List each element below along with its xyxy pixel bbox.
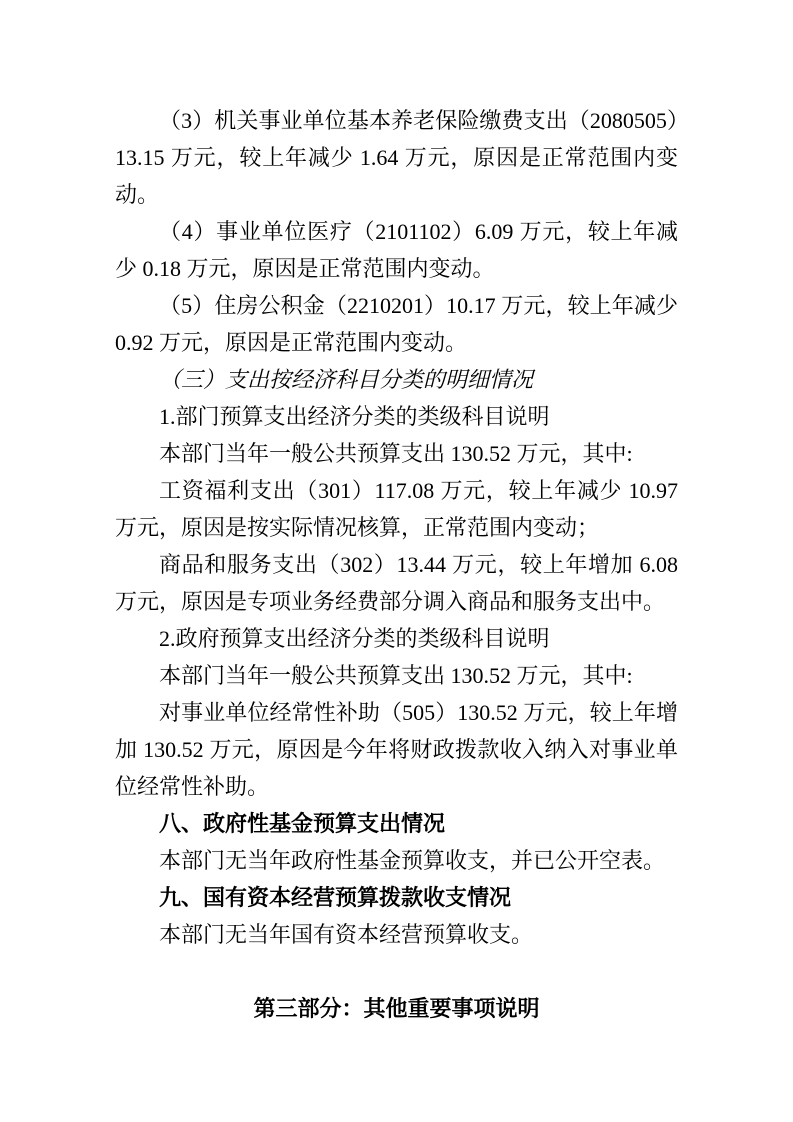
heading-state-capital-budget: 九、国有资本经营预算拨款收支情况 bbox=[115, 879, 678, 916]
paragraph-state-capital-note: 本部门无当年国有资本经营预算收支。 bbox=[115, 916, 678, 953]
title-part-three: 第三部分：其他重要事项说明 bbox=[115, 990, 678, 1027]
paragraph-general-budget-total-1: 本部门当年一般公共预算支出 130.52 万元，其中: bbox=[115, 435, 678, 472]
paragraph-salary-welfare-expense: 工资福利支出（301）117.08 万元，较上年减少 10.97 万元，原因是按… bbox=[115, 472, 678, 546]
heading-gov-budget-category-note: 2.政府预算支出经济分类的类级科目说明 bbox=[115, 620, 678, 657]
paragraph-general-budget-total-2: 本部门当年一般公共预算支出 130.52 万元，其中: bbox=[115, 657, 678, 694]
paragraph-pension-contribution: （3）机关事业单位基本养老保险缴费支出（2080505）13.15 万元，较上年… bbox=[115, 102, 678, 213]
document-content: （3）机关事业单位基本养老保险缴费支出（2080505）13.15 万元，较上年… bbox=[0, 0, 793, 1027]
paragraph-medical-insurance: （4）事业单位医疗（2101102）6.09 万元，较上年减少 0.18 万元，… bbox=[115, 213, 678, 287]
paragraph-institution-subsidy: 对事业单位经常性补助（505）130.52 万元，较上年增加 130.52 万元… bbox=[115, 694, 678, 805]
paragraph-gov-fund-note: 本部门无当年政府性基金预算收支，并已公开空表。 bbox=[115, 842, 678, 879]
paragraph-housing-fund: （5）住房公积金（2210201）10.17 万元，较上年减少 0.92 万元，… bbox=[115, 287, 678, 361]
heading-gov-fund-budget: 八、政府性基金预算支出情况 bbox=[115, 805, 678, 842]
heading-dept-budget-category-note: 1.部门预算支出经济分类的类级科目说明 bbox=[115, 398, 678, 435]
document-page: （3）机关事业单位基本养老保险缴费支出（2080505）13.15 万元，较上年… bbox=[0, 0, 793, 1122]
paragraph-goods-services-expense: 商品和服务支出（302）13.44 万元，较上年增加 6.08 万元，原因是专项… bbox=[115, 546, 678, 620]
heading-expense-by-economic-category: （三）支出按经济科目分类的明细情况 bbox=[115, 361, 678, 398]
